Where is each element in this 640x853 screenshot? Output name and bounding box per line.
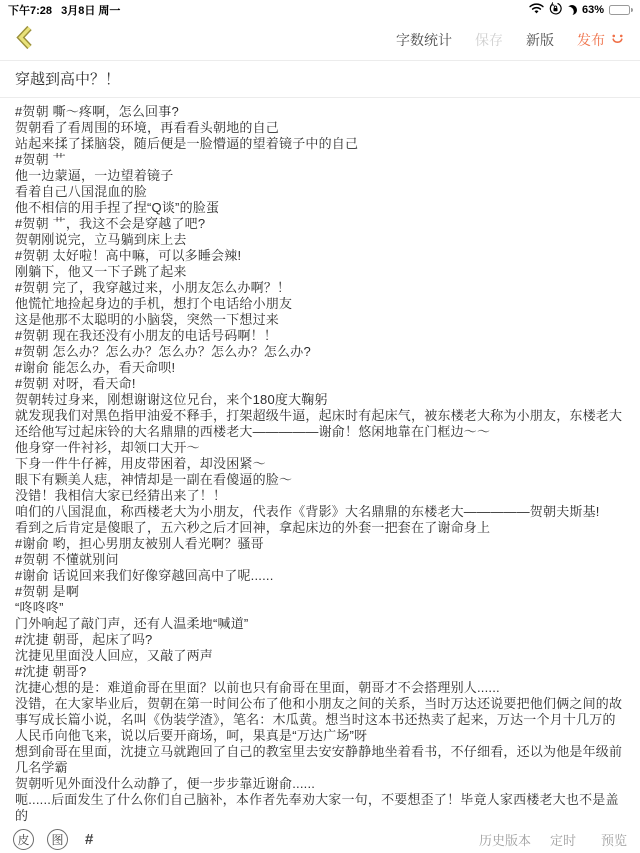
battery-percent: 63% [582,4,604,16]
paragraph[interactable]: 没错，在大家毕业后，贺朝在第一时间公布了他和小朋友之间的关系，当时万达还说要把他… [15,696,625,744]
paragraph[interactable]: #谢俞 话说回来我们好像穿越回高中了呢...... [15,568,625,584]
paragraph[interactable]: #沈捷 朝哥，起床了吗? [15,632,625,648]
wifi-icon [529,3,544,17]
paragraph[interactable]: #贺朝 艹，我这不会是穿越了吧? [15,216,625,232]
publish-label: 发布 [577,30,605,50]
word-count-button[interactable]: 字数统计 [396,30,452,50]
paragraph[interactable]: 贺朝刚说完，立马躺到床上去 [15,232,625,248]
paragraph[interactable]: 就发现我们对黑色指甲油爱不释手，打架超级牛逼，起床时有起床气，被东楼老大称为小朋… [15,408,625,440]
save-button[interactable]: 保存 [475,30,503,50]
smiley-icon [610,31,625,49]
editor-body[interactable]: #贺朝 嘶～疼啊，怎么回事?贺朝看了看周围的环境，再看看头朝地的自己站起来揉了揉… [0,98,640,850]
paragraph[interactable]: #贺朝 怎么办？怎么办？怎么办？怎么办？怎么办? [15,344,625,360]
insert-image-button[interactable]: 图 [47,829,68,850]
paragraph[interactable]: 贺朝看了看周围的环境，再看看头朝地的自己 [15,120,625,136]
status-bar: 下午7:28 3月8日 周一 63% [0,0,640,20]
paragraph[interactable]: #贺朝 艹 [15,152,625,168]
preview-button[interactable]: 预览 [601,830,627,849]
battery-icon [609,5,633,15]
story-title-field[interactable]: 穿越到高中？！ [0,61,640,98]
paragraph[interactable]: #贺朝 现在我还没有小朋友的电话号码啊！！ [15,328,625,344]
paragraph[interactable]: 没错！我相信大家已经猜出来了！！ [15,488,625,504]
publish-button[interactable]: 发布 [577,30,625,50]
paragraph[interactable]: 看到之后肯定是傻眼了，五六秒之后才回神，拿起床边的外套一把套在了谢命身上 [15,520,625,536]
paragraph[interactable]: 贺朝听见外面没什么动静了，便一步步靠近谢俞...... [15,776,625,792]
paragraph[interactable]: #贺朝 完了，我穿越过来，小朋友怎么办啊？！ [15,280,625,296]
paragraph[interactable]: 下身一件牛仔裤，用皮带困着，却没困紧～ [15,456,625,472]
paragraph[interactable]: 想到俞哥在里面，沈捷立马就跑回了自己的教室里去安安静静地坐着看书，不仔细看，还以… [15,744,625,776]
paragraph[interactable]: 咱们的八国混血，称西楼老大为小朋友，代表作《背影》大名鼎鼎的东楼老大—————贺… [15,504,625,520]
history-versions-button[interactable]: 历史版本 [479,830,531,849]
status-datetime: 下午7:28 3月8日 周一 [8,2,126,18]
new-version-button[interactable]: 新版 [526,30,554,50]
paragraph[interactable]: #贺朝 对呀，看天命! [15,376,625,392]
paragraph[interactable]: #贺朝 嘶～疼啊，怎么回事? [15,104,625,120]
paragraph[interactable]: #沈捷 朝哥? [15,664,625,680]
paragraph[interactable]: 刚躺下，他又一下子跳了起来 [15,264,625,280]
paragraph[interactable]: 他一边蒙逼，一边望着镜子 [15,168,625,184]
status-time: 下午7:28 [8,5,52,17]
scheduled-publish-button[interactable]: 定时 [550,830,576,849]
rotation-lock-icon [549,2,562,18]
paragraph[interactable]: 这是他那不太聪明的小脑袋，突然一下想过来 [15,312,625,328]
paragraph[interactable]: #贺朝 是啊 [15,584,625,600]
paragraph[interactable]: 沈捷见里面没人回应，又敲了两声 [15,648,625,664]
app-window: 下午7:28 3月8日 周一 63% [0,0,640,853]
editor-toolbar: 字数统计 保存 新版 发布 [0,20,640,61]
paragraph[interactable]: 呃......后面发生了什么你们自己脑补，本作者先奉劝大家一句，不要想歪了！毕竟… [15,792,625,824]
paragraph[interactable]: 门外响起了敲门声，还有人温柔地“喊道” [15,616,625,632]
paragraph[interactable]: 他不相信的用手捏了捏“Q谈”的脸蛋 [15,200,625,216]
skin-style-button[interactable]: 皮 [13,829,34,850]
paragraph[interactable]: 站起来揉了揉脑袋，随后便是一脸懵逼的望着镜子中的自己 [15,136,625,152]
status-date: 3月8日 周一 [61,5,120,17]
back-chevron-icon [15,25,34,55]
paragraph[interactable]: #谢俞 能怎么办，看天命呗! [15,360,625,376]
paragraph[interactable]: #谢俞 哟，担心男朋友被别人看光啊？骚哥 [15,536,625,552]
paragraph[interactable]: 他慌忙地捡起身边的手机，想打个电话给小朋友 [15,296,625,312]
paragraph[interactable]: 贺朝转过身来，刚想谢谢这位兄台，来个180度大鞠躬 [15,392,625,408]
paragraph[interactable]: #贺朝 太好啦！高中嘛，可以多睡会辣! [15,248,625,264]
paragraph[interactable]: 看着自己八国混血的脸 [15,184,625,200]
back-button[interactable] [15,25,34,55]
paragraph[interactable]: “咚咚咚” [15,600,625,616]
paragraph[interactable]: 眼下有颗美人痣，神情却是一副在看傻逼的脸～ [15,472,625,488]
paragraph[interactable]: 他身穿一件衬衫，却领口大开～ [15,440,625,456]
bottom-toolbar: 皮 图 # 历史版本 定时 预览 [0,826,640,853]
paragraph[interactable]: #贺朝 不懂就别问 [15,552,625,568]
hashtag-button[interactable]: # [85,831,93,848]
paragraph[interactable]: 沈捷心想的是：难道俞哥在里面？以前也只有俞哥在里面，朝哥才不会搭理别人.....… [15,680,625,696]
do-not-disturb-moon-icon [567,5,577,15]
